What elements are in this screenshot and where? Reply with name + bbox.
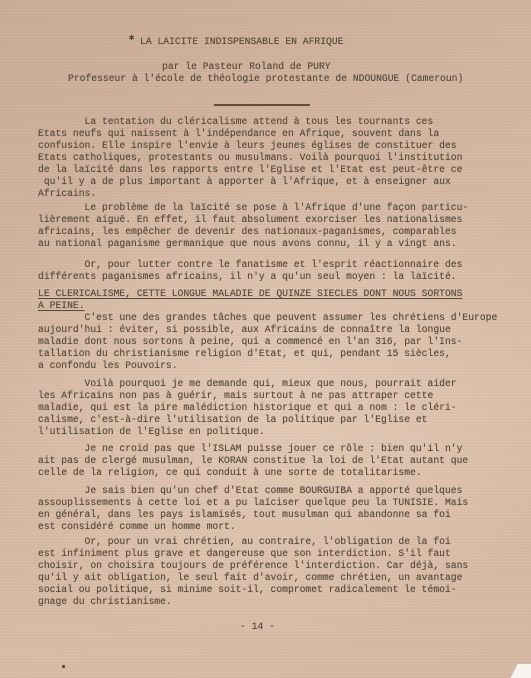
byline-author: par le Pasteur Roland de PURY bbox=[162, 61, 331, 73]
ink-speck bbox=[62, 665, 65, 668]
byline-affiliation: Professeur à l'école de théologie protes… bbox=[68, 73, 463, 85]
scanned-document-page: ✱ LA LAICITE INDISPENSABLE EN AFRIQUE pa… bbox=[0, 0, 531, 678]
page-number: - 14 - bbox=[240, 621, 275, 633]
paragraph-4: C'est une des grandes tâches que peuvent… bbox=[38, 312, 497, 372]
paragraph-7: Je sais bien qu'un chef d'Etat comme BOU… bbox=[38, 485, 468, 533]
paragraph-6: Je ne croid pas que l'ISLAM puisse jouer… bbox=[38, 443, 468, 479]
section-heading: LE CLERICALISME, CETTE LONGUE MALADIE DE… bbox=[38, 288, 462, 312]
torn-corner bbox=[510, 664, 531, 678]
paragraph-5: Voilà pourquoi je me demande qui, mieux … bbox=[38, 378, 457, 438]
paragraph-2: Le problème de la laïcité se pose à l'Af… bbox=[38, 202, 468, 250]
handwritten-asterisk-mark: ✱ bbox=[129, 33, 134, 43]
paragraph-1: La tentation du cléricalisme attend à to… bbox=[38, 116, 462, 200]
paragraph-3: Or, pour lutter contre le fanatisme et l… bbox=[38, 259, 462, 283]
divider-rule bbox=[214, 104, 310, 106]
paragraph-8: Or, pour un vrai chrétien, au contraire,… bbox=[38, 536, 468, 608]
document-title: LA LAICITE INDISPENSABLE EN AFRIQUE bbox=[140, 36, 343, 48]
